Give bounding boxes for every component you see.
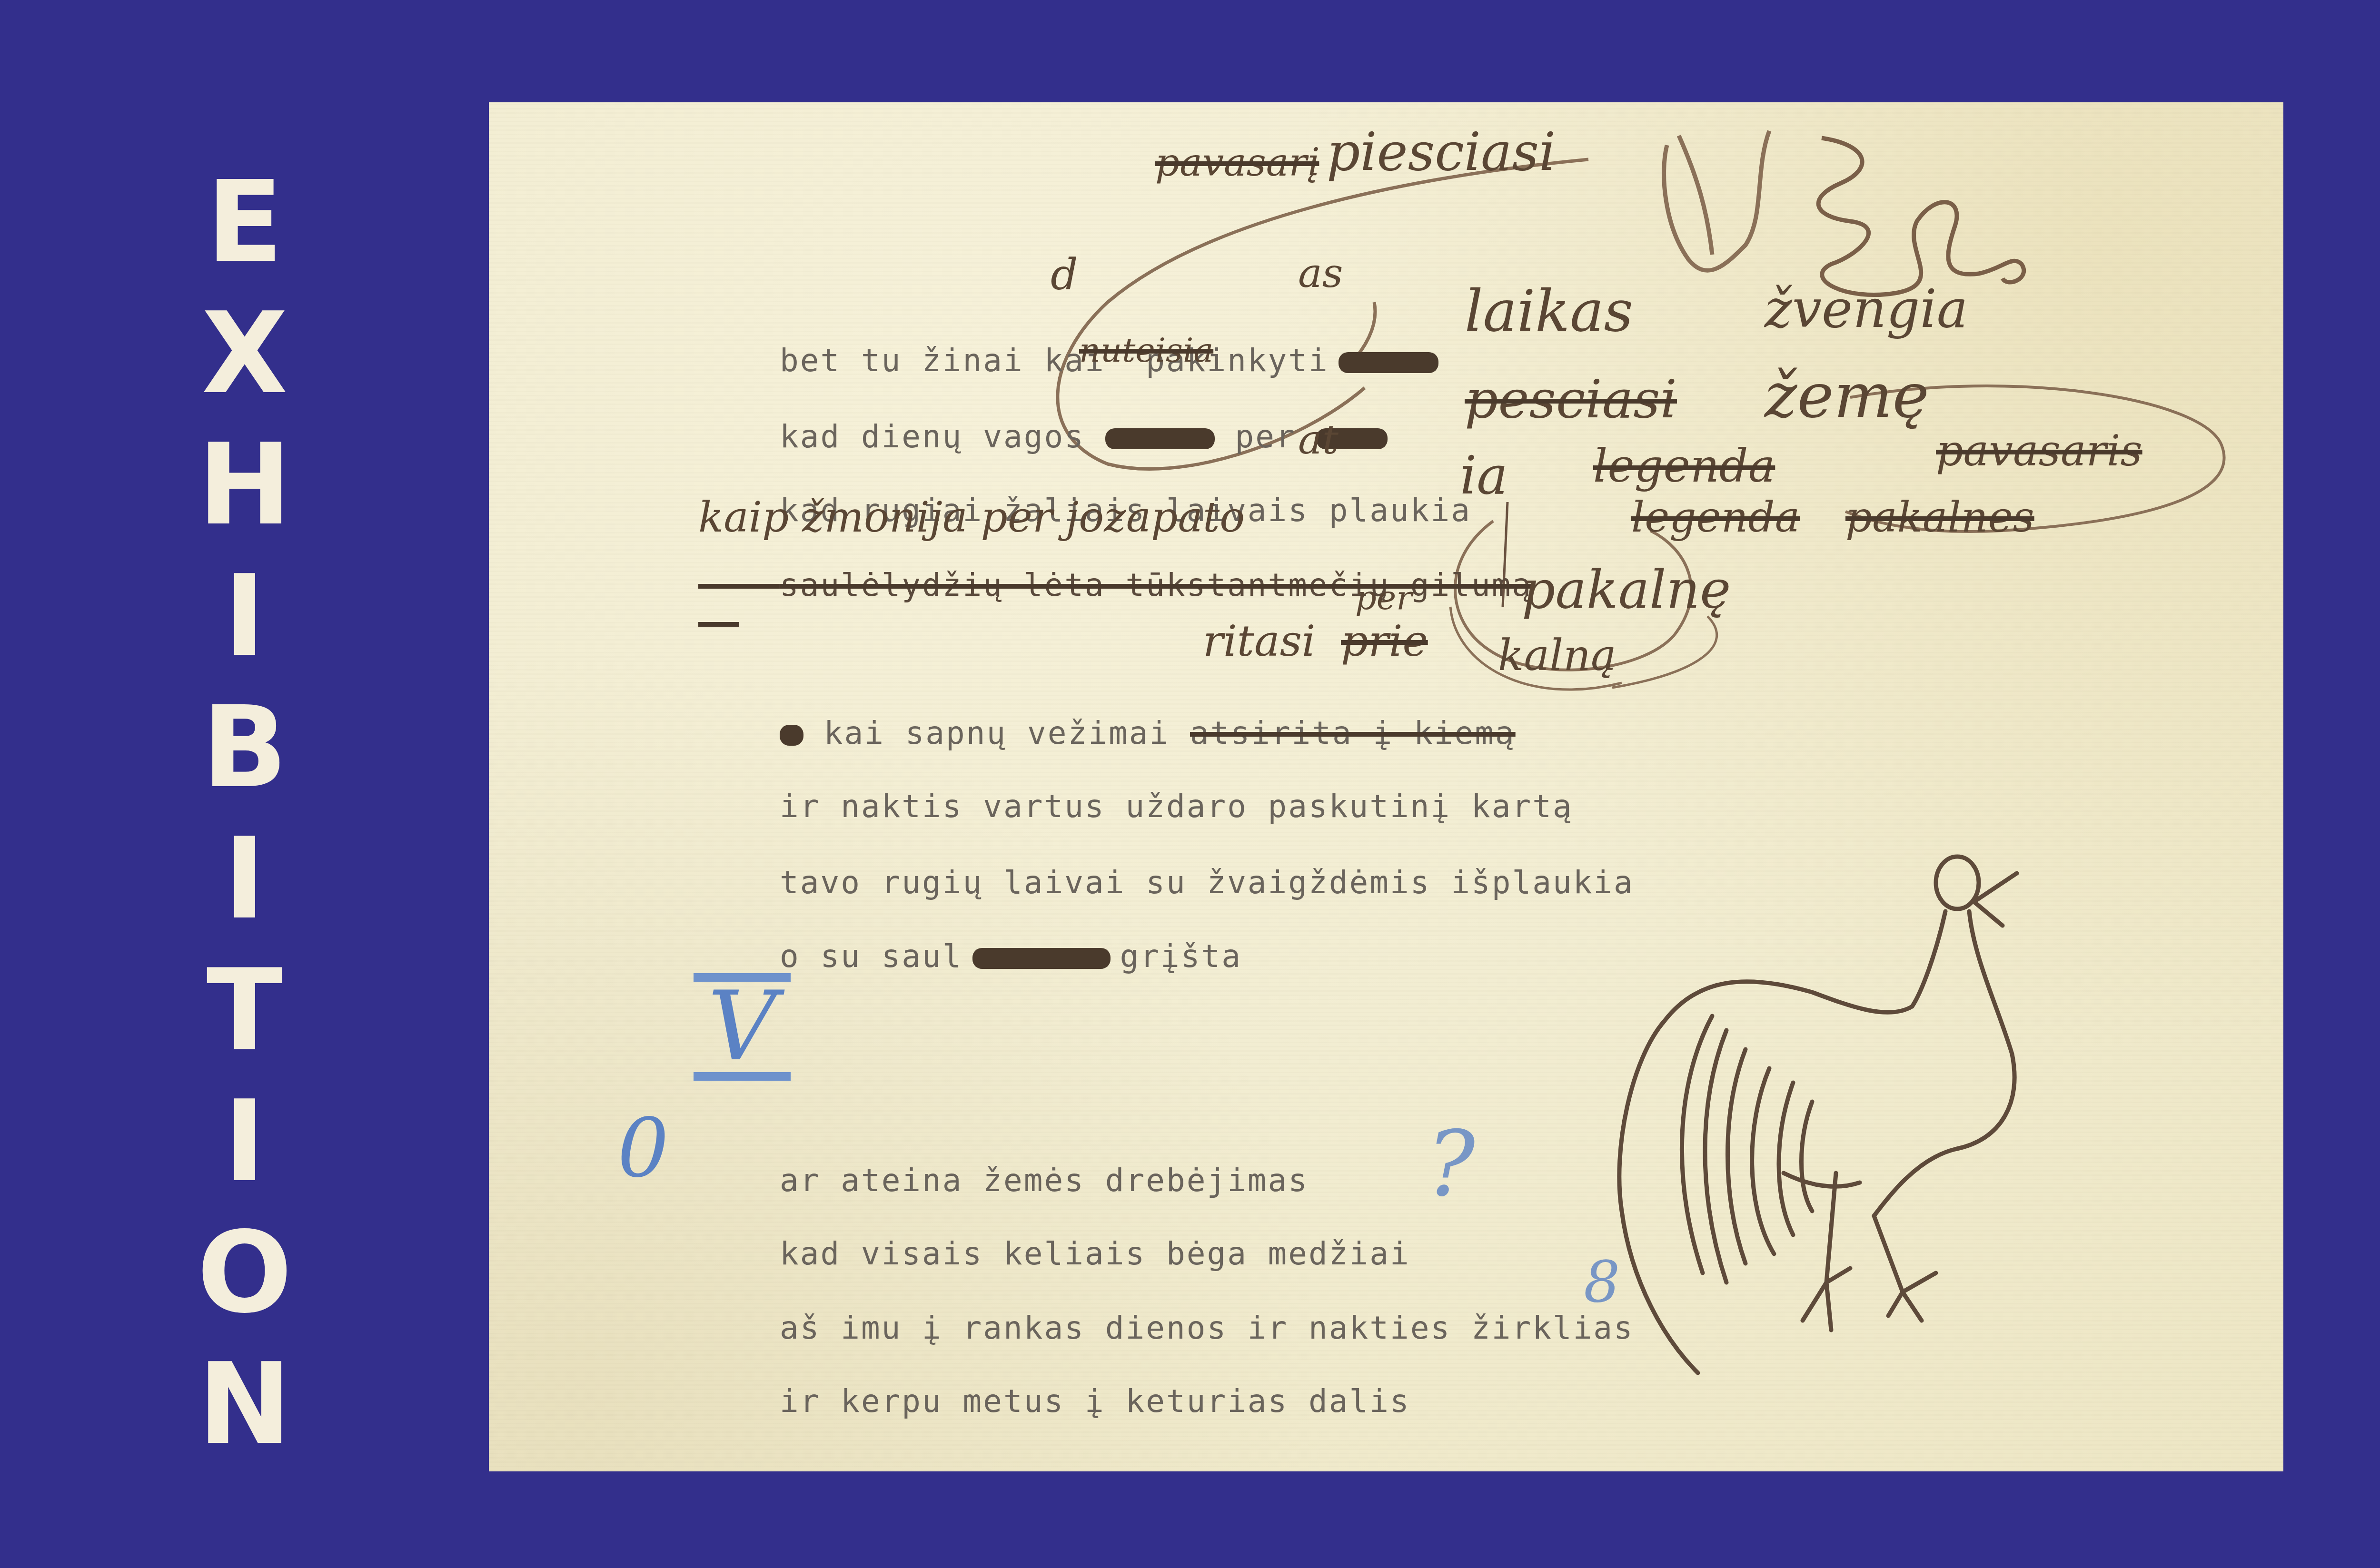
title-letter: B bbox=[202, 682, 287, 814]
handwritten-insert: ia bbox=[1460, 445, 1508, 506]
title-letter: I bbox=[224, 1076, 265, 1208]
handwritten-insert: per bbox=[1355, 578, 1412, 617]
title-letter: H bbox=[198, 420, 292, 551]
typed-line: ir kerpu metus į keturias dalis bbox=[698, 1344, 1410, 1459]
handwritten-word: piesciasi bbox=[1327, 121, 1556, 182]
handwritten-word: laikas bbox=[1465, 278, 1633, 345]
manuscript-page-image: bet tu žinai kai pakinkyti kad dienų vag… bbox=[489, 102, 2283, 1471]
handwritten-word: žemę bbox=[1765, 359, 1929, 432]
handwritten-word: kalną bbox=[1498, 631, 1616, 680]
handwritten-struck-word: pavasaris bbox=[1936, 426, 2142, 476]
flame-sketch-icon bbox=[1664, 131, 1769, 270]
blue-circle-mark: 0 bbox=[617, 1102, 669, 1196]
handwritten-word: pakalnę bbox=[1522, 559, 1731, 620]
title-letter: I bbox=[224, 551, 265, 682]
handwritten-struck-word: nuteisia bbox=[1079, 331, 1213, 370]
blue-small-mark: 8 bbox=[1584, 1249, 1620, 1315]
handwritten-struck-word: pavasarį bbox=[1155, 140, 1319, 185]
handwritten-struck-word: legenda bbox=[1593, 440, 1775, 493]
handwritten-struck-word: legenda bbox=[1631, 493, 1800, 542]
title-letter: I bbox=[224, 814, 265, 945]
blue-section-numeral: V bbox=[694, 973, 791, 1081]
handwritten-struck-word: pakalnes bbox=[1845, 493, 2034, 542]
title-letter: X bbox=[201, 288, 288, 420]
handwritten-insert: d bbox=[1051, 250, 1078, 300]
blue-question-mark: ? bbox=[1427, 1111, 1475, 1216]
handwritten-word: ritasi bbox=[1203, 616, 1316, 666]
handwritten-insert: at bbox=[1298, 416, 1339, 463]
handwritten-struck-word: pesciasi bbox=[1465, 369, 1677, 430]
title-letter: N bbox=[198, 1339, 292, 1470]
title-letter: O bbox=[197, 1208, 292, 1339]
exhibition-side-title: E X H I B I T I O N bbox=[197, 157, 292, 1470]
handwritten-struck-word: prie bbox=[1341, 616, 1428, 666]
title-letter: E bbox=[207, 157, 283, 288]
rooster-sketch-icon bbox=[1619, 857, 2017, 1373]
title-letter: T bbox=[207, 945, 283, 1076]
handwritten-line: kaip žmonija per jozapato bbox=[698, 493, 1245, 542]
handwritten-word: žvengia bbox=[1765, 278, 1968, 339]
scribble-squiggle-icon bbox=[1818, 138, 2023, 295]
handwritten-insert: as bbox=[1298, 250, 1343, 297]
